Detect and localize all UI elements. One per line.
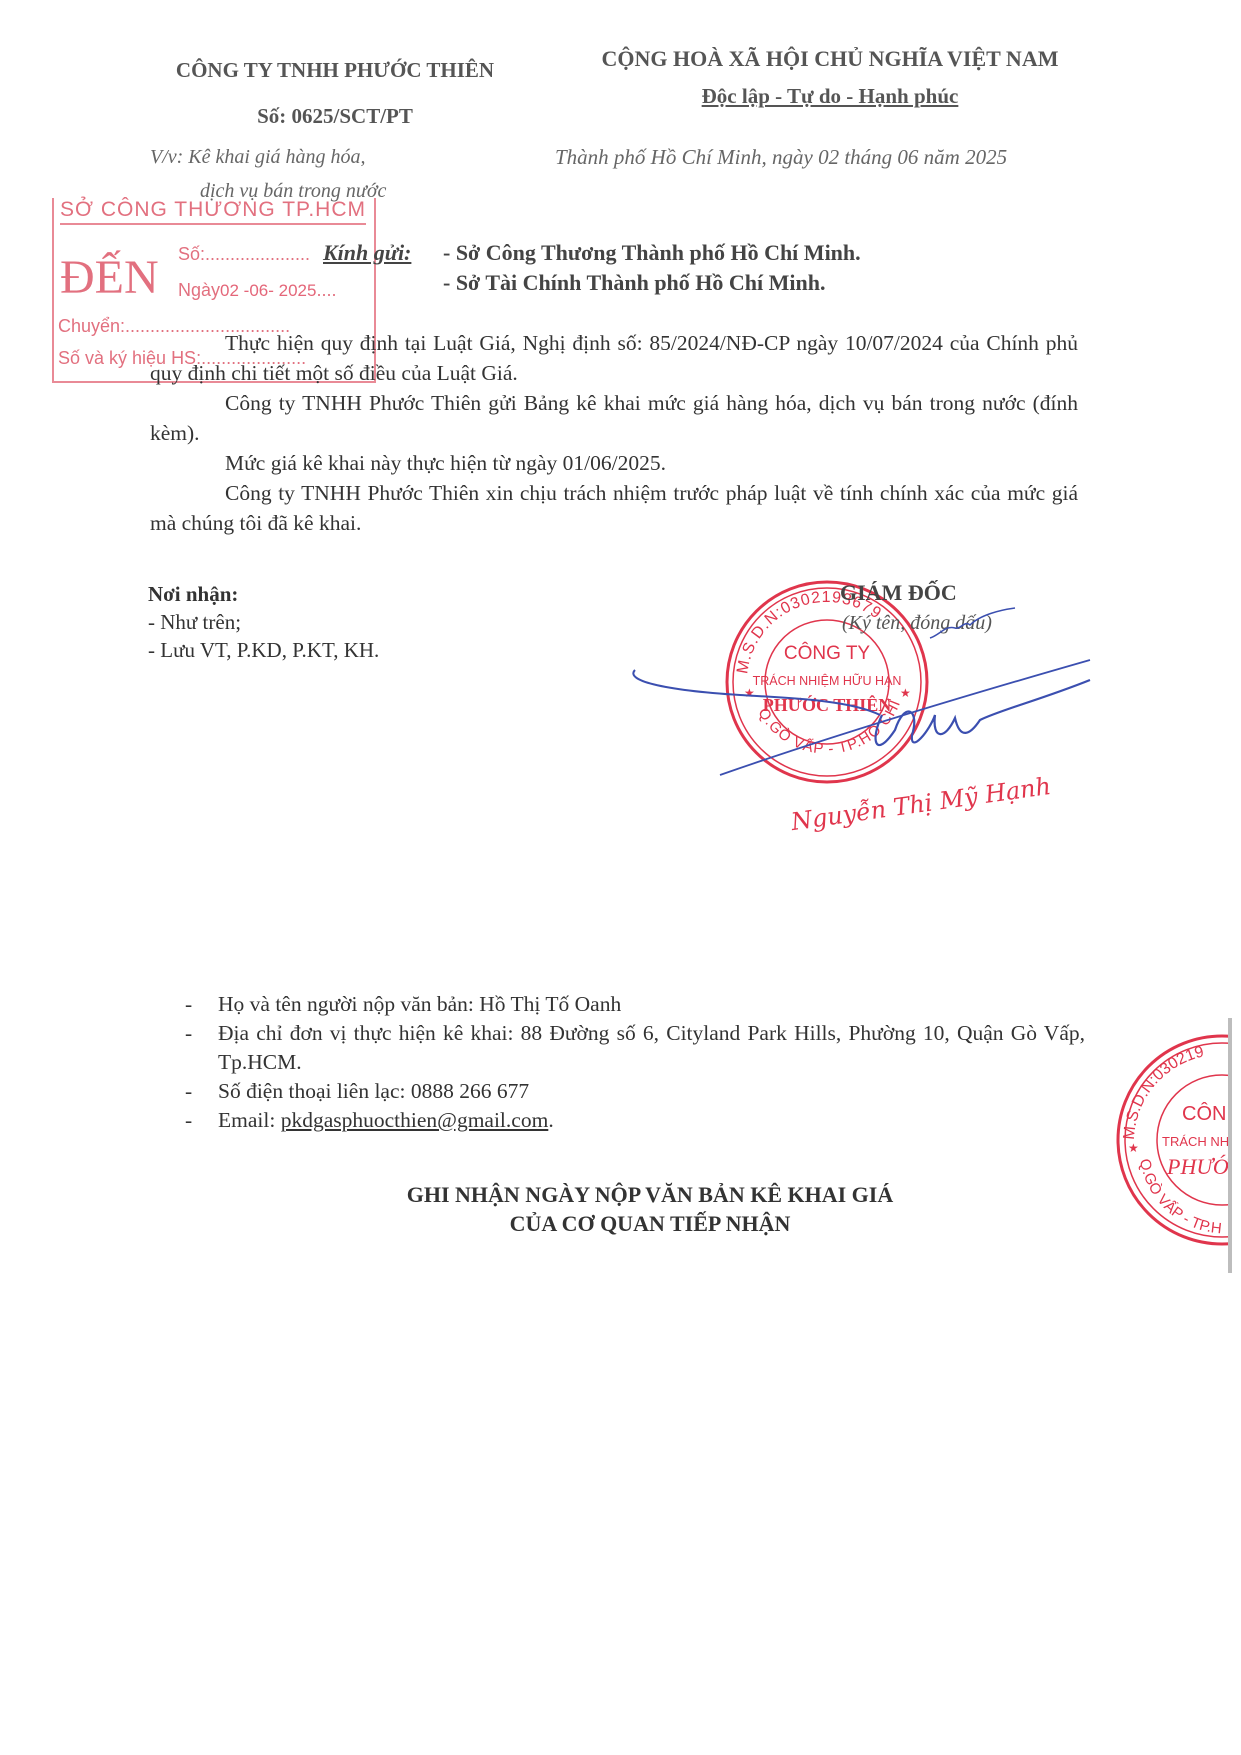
distribution-item: - Như trên;: [148, 608, 379, 636]
email-link[interactable]: pkdgasphuocthien@gmail.com: [281, 1108, 549, 1132]
distribution-item: - Lưu VT, P.KD, P.KT, KH.: [148, 636, 379, 664]
edge-seal-star-icon: ★: [1128, 1141, 1139, 1155]
scan-edge-divider: [1228, 1018, 1232, 1273]
svg-text:M.S.D.N:030219: M.S.D.N:030219: [1121, 1043, 1206, 1140]
body-paragraph: Mức giá kê khai này thực hiện từ ngày 01…: [150, 448, 1078, 478]
receipt-heading-line-2: CỦA CƠ QUAN TIẾP NHẬN: [230, 1209, 1070, 1238]
place-date: Thành phố Hồ Chí Minh, ngày 02 tháng 06 …: [555, 145, 1007, 170]
email-label: Email:: [218, 1108, 281, 1132]
distribution-list: Nơi nhận: - Như trên; - Lưu VT, P.KD, P.…: [148, 580, 379, 664]
national-title: CỘNG HOÀ XÃ HỘI CHỦ NGHĨA VIỆT NAM: [565, 46, 1095, 72]
edge-seal-line-2: TRÁCH NHIỆ: [1162, 1134, 1232, 1149]
info-item: -Số điện thoại liên lạc: 0888 266 677: [185, 1077, 1085, 1106]
edge-seal-top-text: M.S.D.N:030219: [1121, 1043, 1206, 1140]
body-paragraph: Công ty TNHH Phước Thiên gửi Bảng kê kha…: [150, 388, 1078, 448]
document-number: Số: 0625/SCT/PT: [130, 104, 540, 129]
stamp-ngay-label: Ngày: [178, 280, 220, 300]
body-paragraph: Thực hiện quy định tại Luật Giá, Nghị đị…: [150, 328, 1078, 388]
letter-body: Thực hiện quy định tại Luật Giá, Nghị đị…: [150, 328, 1078, 538]
info-item: -Địa chỉ đơn vị thực hiện kê khai: 88 Đư…: [185, 1019, 1085, 1077]
submitter-info: -Họ và tên người nộp văn bản: Hồ Thị Tố …: [185, 990, 1085, 1135]
edge-seal-line-3: PHƯỚC: [1166, 1154, 1232, 1179]
edge-seal-line-1: CÔN: [1182, 1102, 1226, 1125]
stamp-den: ĐẾN: [60, 250, 159, 305]
distribution-label: Nơi nhận:: [148, 580, 379, 608]
info-text: Địa chỉ đơn vị thực hiện kê khai: 88 Đườ…: [218, 1019, 1085, 1077]
info-text: Số điện thoại liên lạc: 0888 266 677: [218, 1077, 529, 1106]
stamp-agency: SỞ CÔNG THƯƠNG TP.HCM: [60, 198, 366, 225]
motto-text: Độc lập - Tự do - Hạnh phúc: [702, 84, 959, 108]
recipients-label: Kính gửi:: [323, 240, 411, 266]
info-item: -Email: pkdgasphuocthien@gmail.com.: [185, 1106, 1085, 1135]
stamp-so: Số:.....................: [178, 244, 310, 265]
receipt-heading-line-1: GHI NHẬN NGÀY NỘP VĂN BẢN KÊ KHAI GIÁ: [230, 1180, 1070, 1209]
company-name: CÔNG TY TNHH PHƯỚC THIÊN: [130, 58, 540, 83]
body-paragraph: Công ty TNHH Phước Thiên xin chịu trách …: [150, 478, 1078, 538]
subject-line-1: V/v: Kê khai giá hàng hóa,: [150, 146, 366, 169]
receipt-heading: GHI NHẬN NGÀY NỘP VĂN BẢN KÊ KHAI GIÁ CỦ…: [230, 1180, 1070, 1238]
national-motto: Độc lập - Tự do - Hạnh phúc: [565, 84, 1095, 109]
email-suffix: .: [548, 1108, 553, 1132]
stamp-ngay-value: 02 -06- 2025: [220, 281, 316, 300]
info-item: -Họ và tên người nộp văn bản: Hồ Thị Tố …: [185, 990, 1085, 1019]
stamp-ngay-dots: ....: [316, 280, 336, 300]
recipient-2: - Sở Tài Chính Thành phố Hồ Chí Minh.: [443, 270, 826, 296]
edge-seal: M.S.D.N:030219 Q.GÒ VẤP - TP.H CÔN TRÁCH…: [1112, 1030, 1232, 1250]
recipient-1: - Sở Công Thương Thành phố Hồ Chí Minh.: [443, 240, 861, 266]
stamp-ngay: Ngày02 -06- 2025....: [178, 280, 336, 301]
info-text: Họ và tên người nộp văn bản: Hồ Thị Tố O…: [218, 990, 621, 1019]
